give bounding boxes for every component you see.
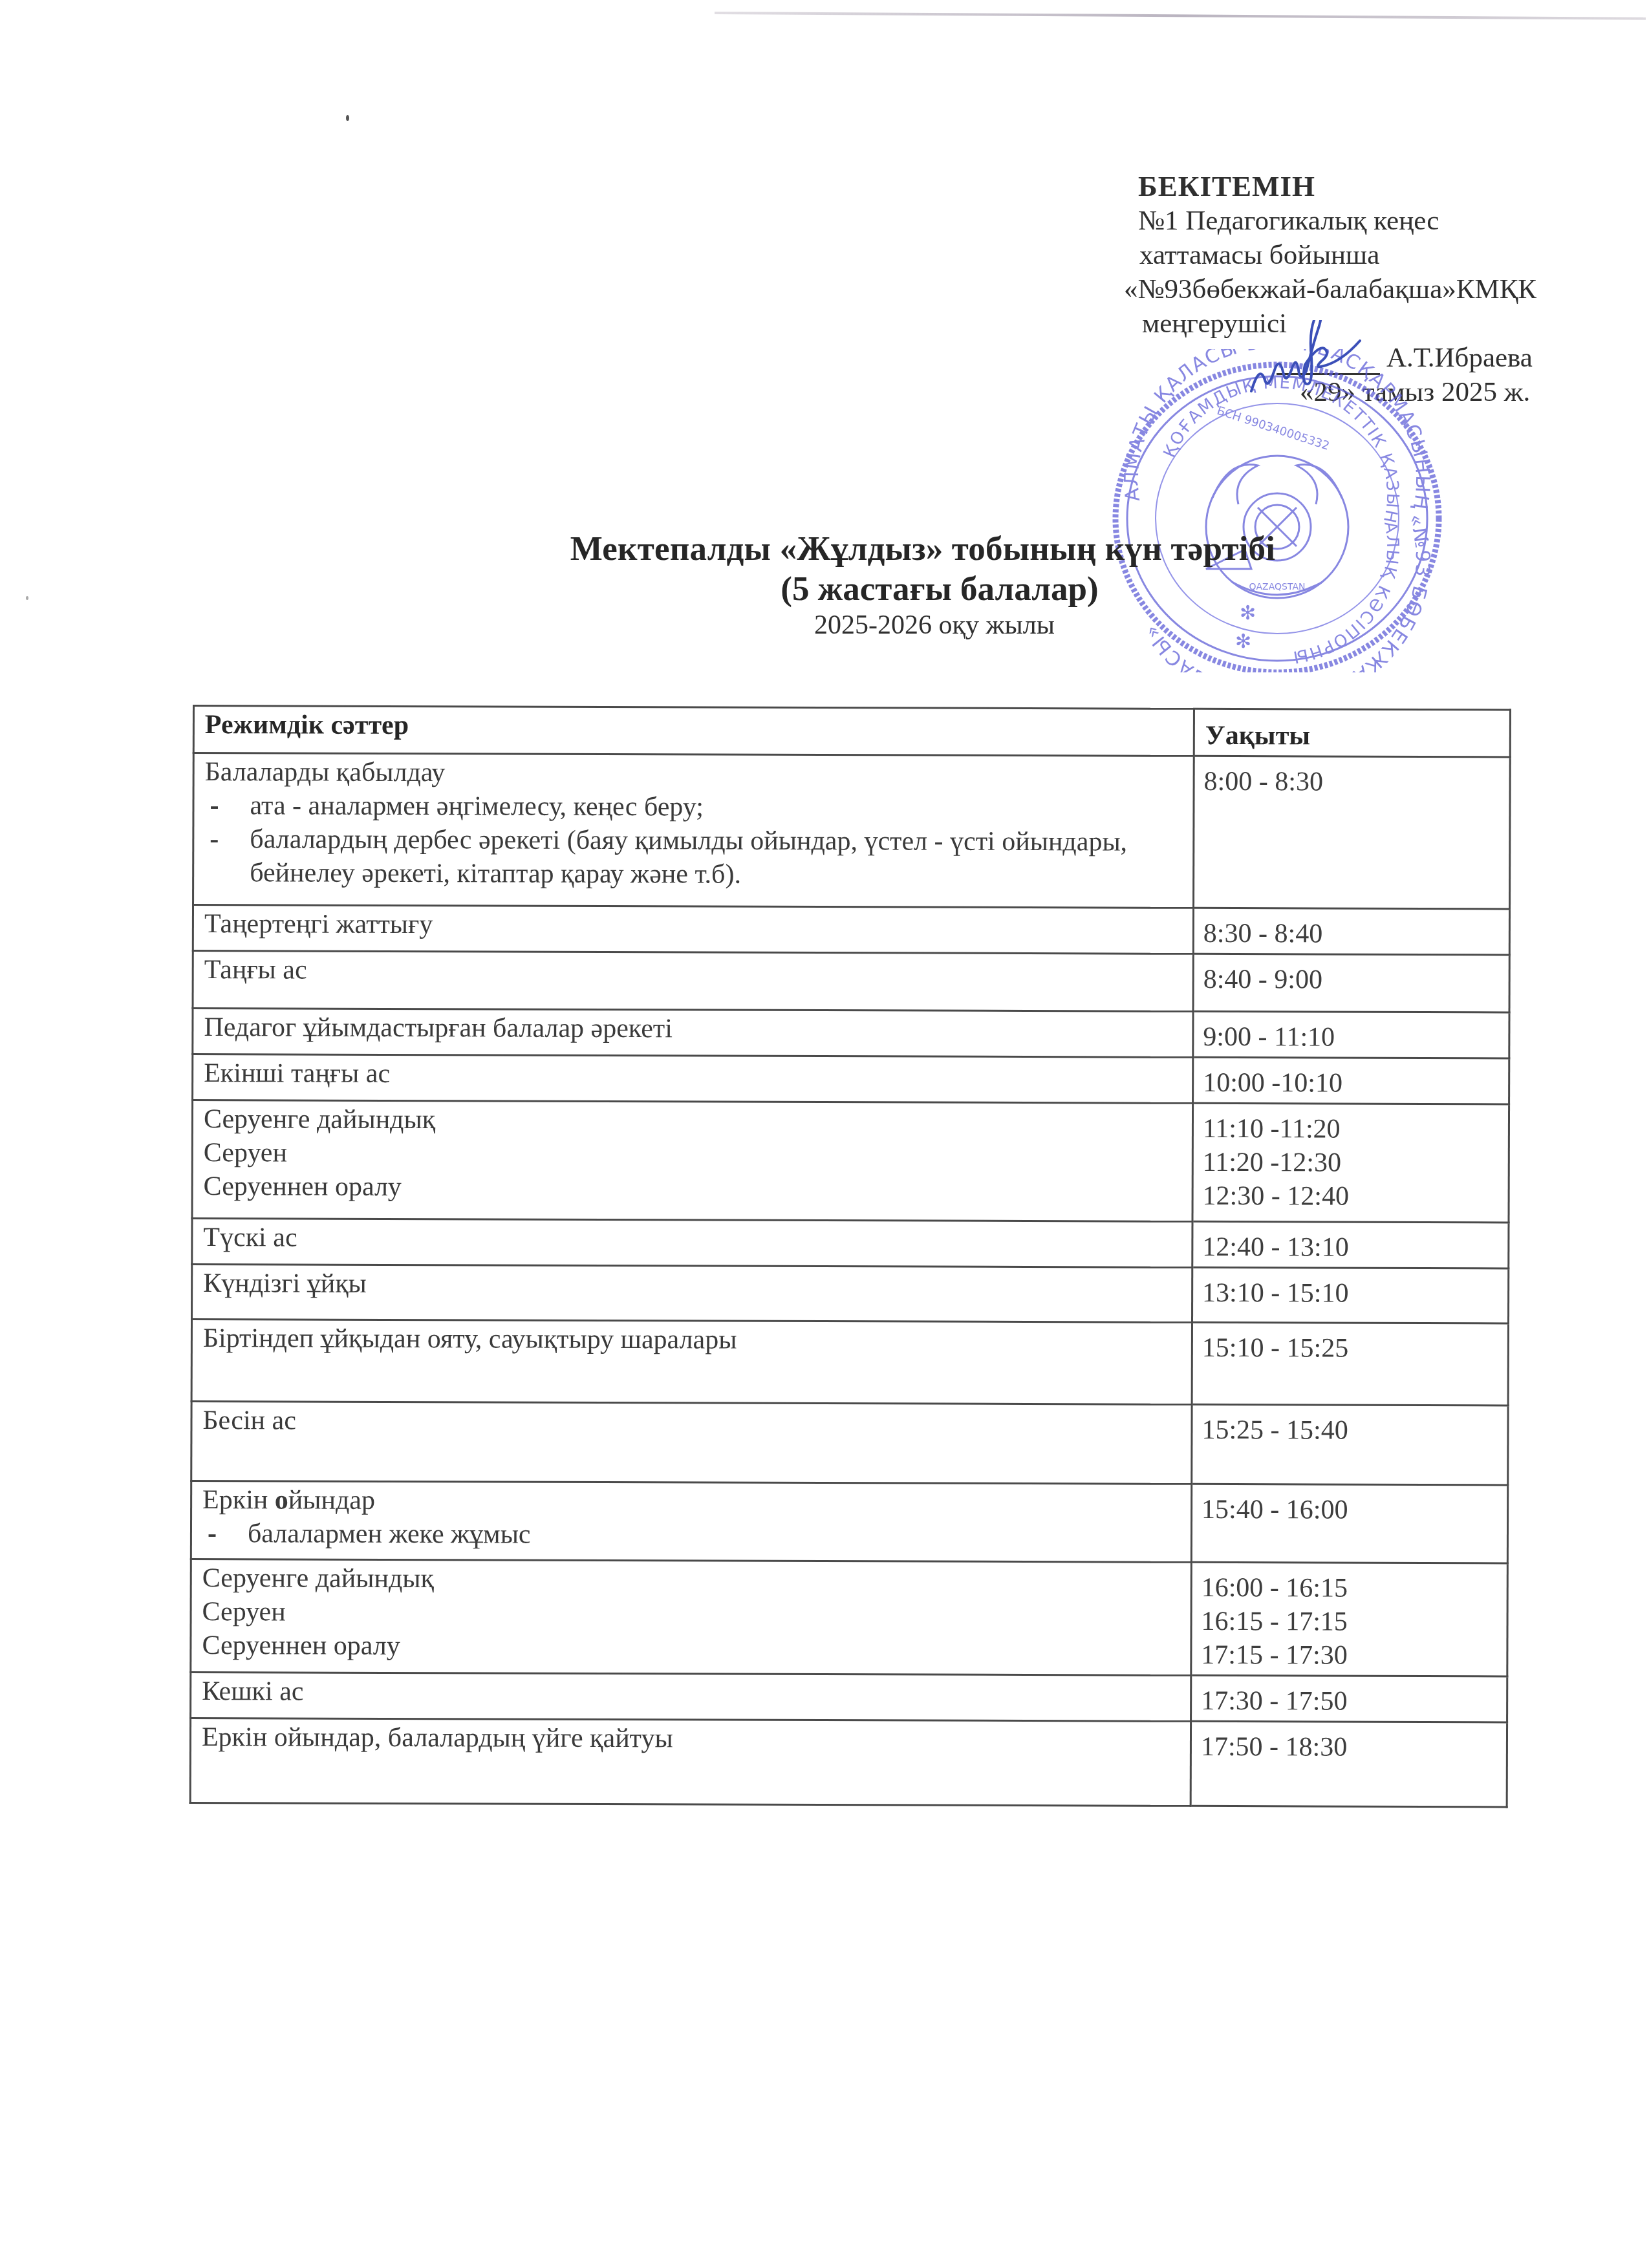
table-row: Түскі ас 12:40 - 13:10	[192, 1219, 1509, 1268]
activity-cell: Бесін ас	[191, 1401, 1192, 1484]
time-cell: 17:30 - 17:50	[1191, 1675, 1507, 1722]
activity-bullets: балалармен жеке жұмыс	[202, 1517, 1180, 1554]
activity-cell: Таңғы ас	[193, 951, 1193, 1012]
approval-line-protocol: хаттамасы бойынша	[1139, 238, 1641, 272]
table-row: Екінші таңғы ас 10:00 -10:10	[193, 1054, 1509, 1104]
activity-cell: Серуенге дайындық Серуен Серуеннен оралу	[192, 1100, 1193, 1222]
daily-schedule-table: Режимдік сәттер Уақыты Балаларды қабылда…	[189, 705, 1511, 1808]
time-line: 11:10 -11:20	[1203, 1112, 1498, 1146]
activity-cell: Балаларды қабылдау ата - аналармен әңгім…	[193, 753, 1194, 908]
table-row: Кешкі ас 17:30 - 17:50	[191, 1672, 1507, 1722]
time-cell: 8:30 - 8:40	[1193, 908, 1509, 955]
activity-cell: Біртіндеп ұйқыдан ояту, сауықтыру шарала…	[191, 1320, 1192, 1405]
signature-line: А.Т.Ибраева	[1277, 341, 1641, 375]
signatory-name: А.Т.Ибраева	[1386, 343, 1533, 373]
activity-cell: Кешкі ас	[191, 1672, 1191, 1721]
time-cell: 8:00 - 8:30	[1194, 756, 1511, 909]
svg-text:БСН 990340005332: БСН 990340005332	[1215, 404, 1331, 453]
time-cell: 9:00 - 11:10	[1193, 1011, 1509, 1058]
activity-cell: Күндізгі ұйқы	[192, 1265, 1192, 1323]
time-line: 16:00 - 16:15	[1202, 1571, 1496, 1605]
activity-line: Серуен	[204, 1136, 1181, 1173]
approval-line-council: №1 Педагогикалық кеңес	[1138, 204, 1641, 238]
time-cell: 11:10 -11:20 11:20 -12:30 12:30 - 12:40	[1192, 1103, 1509, 1223]
time-line: 17:15 - 17:30	[1201, 1638, 1496, 1673]
signature-underline	[1277, 347, 1380, 375]
activity-cell: Педагог ұйымдастырған балалар әрекеті	[193, 1009, 1193, 1058]
table-row: Серуенге дайындық Серуен Серуеннен оралу…	[192, 1100, 1509, 1223]
table-row: Серуенге дайындық Серуен Серуеннен оралу…	[191, 1559, 1508, 1676]
approval-block: БЕКІТЕМІН №1 Педагогикалық кеңес хаттама…	[1124, 169, 1641, 409]
table-row: Еркін ойындар балалармен жеке жұмыс 15:4…	[191, 1481, 1507, 1563]
activity-cell: Серуенге дайындық Серуен Серуеннен оралу	[191, 1559, 1192, 1675]
header-activity: Режимдік сәттер	[193, 706, 1194, 756]
activity-line: Серуен	[202, 1595, 1180, 1632]
document-academic-year: 2025-2026 оқу жылы	[110, 609, 1649, 641]
activity-cell: Екінші таңғы ас	[193, 1054, 1193, 1104]
bullet-item: ата - аналармен әңгімелесу, кеңес беру;	[204, 789, 1182, 826]
document-title: Мектепалды «Жұлдыз» тобының күн тәртібі	[98, 529, 1649, 569]
time-line: 16:15 - 17:15	[1201, 1605, 1496, 1639]
activity-line: Серуеннен оралу	[202, 1629, 1180, 1665]
time-cell: 15:10 - 15:25	[1192, 1322, 1508, 1406]
approval-date: «29» тамыз 2025 ж.	[1300, 375, 1641, 409]
table-row: Біртіндеп ұйқыдан ояту, сауықтыру шарала…	[191, 1320, 1508, 1406]
activity-bullets: ата - аналармен әңгімелесу, кеңес беру; …	[204, 789, 1182, 893]
time-cell: 10:00 -10:10	[1193, 1057, 1509, 1104]
document-title-block: Мектепалды «Жұлдыз» тобының күн тәртібі …	[0, 529, 1649, 641]
time-cell: 13:10 - 15:10	[1192, 1267, 1509, 1323]
time-cell: 17:50 - 18:30	[1191, 1721, 1507, 1807]
time-line: 12:30 - 12:40	[1203, 1179, 1498, 1214]
time-cell: 12:40 - 13:10	[1192, 1221, 1509, 1268]
time-line: 11:20 -12:30	[1203, 1146, 1498, 1180]
approval-line-position: меңгерушісі	[1142, 306, 1641, 341]
header-time: Уақыты	[1194, 709, 1510, 757]
time-cell: 16:00 - 16:15 16:15 - 17:15 17:15 - 17:3…	[1191, 1562, 1508, 1676]
table-row: Педагог ұйымдастырған балалар әрекеті 9:…	[193, 1009, 1509, 1058]
activity-cell: Еркін ойындар, балалардың үйге қайтуы	[190, 1718, 1191, 1806]
table-row: Таңертеңгі жаттығу 8:30 - 8:40	[193, 905, 1509, 955]
approval-heading: БЕКІТЕМІН	[1138, 169, 1641, 204]
time-cell: 15:40 - 16:00	[1191, 1484, 1507, 1563]
activity-cell: Таңертеңгі жаттығу	[193, 905, 1193, 954]
table-row: Күндізгі ұйқы 13:10 - 15:10	[192, 1265, 1509, 1323]
activity-line: Серуенге дайындық	[202, 1561, 1180, 1598]
table-header-row: Режимдік сәттер Уақыты	[193, 706, 1510, 757]
activity-line: Серуеннен оралу	[204, 1170, 1181, 1206]
table-row: Таңғы ас 8:40 - 9:00	[193, 951, 1509, 1012]
table-row: Бесін ас 15:25 - 15:40	[191, 1401, 1508, 1484]
time-cell: 8:40 - 9:00	[1193, 954, 1509, 1012]
table-row: Балаларды қабылдау ата - аналармен әңгім…	[193, 753, 1511, 909]
scan-artifact-line	[715, 12, 1646, 20]
activity-cell: Түскі ас	[192, 1219, 1192, 1268]
activity-cell: Еркін ойындар балалармен жеке жұмыс	[191, 1481, 1191, 1562]
bullet-item: балалардың дербес әрекеті (баяу қимылды …	[204, 822, 1182, 893]
approval-line-organization: «№93бөбекжай-балабақша»КМҚК	[1124, 272, 1641, 306]
activity-title: Балаларды қабылдау	[205, 755, 1183, 792]
scan-speck	[346, 115, 349, 121]
activity-line: Серуенге дайындық	[204, 1102, 1181, 1139]
document-subtitle-age: (5 жастағы балалар)	[115, 569, 1649, 609]
table-row: Еркін ойындар, балалардың үйге қайтуы 17…	[190, 1718, 1507, 1806]
activity-title: Еркін ойындар	[202, 1483, 1180, 1520]
bullet-item: балалармен жеке жұмыс	[202, 1517, 1180, 1554]
time-cell: 15:25 - 15:40	[1192, 1404, 1508, 1485]
